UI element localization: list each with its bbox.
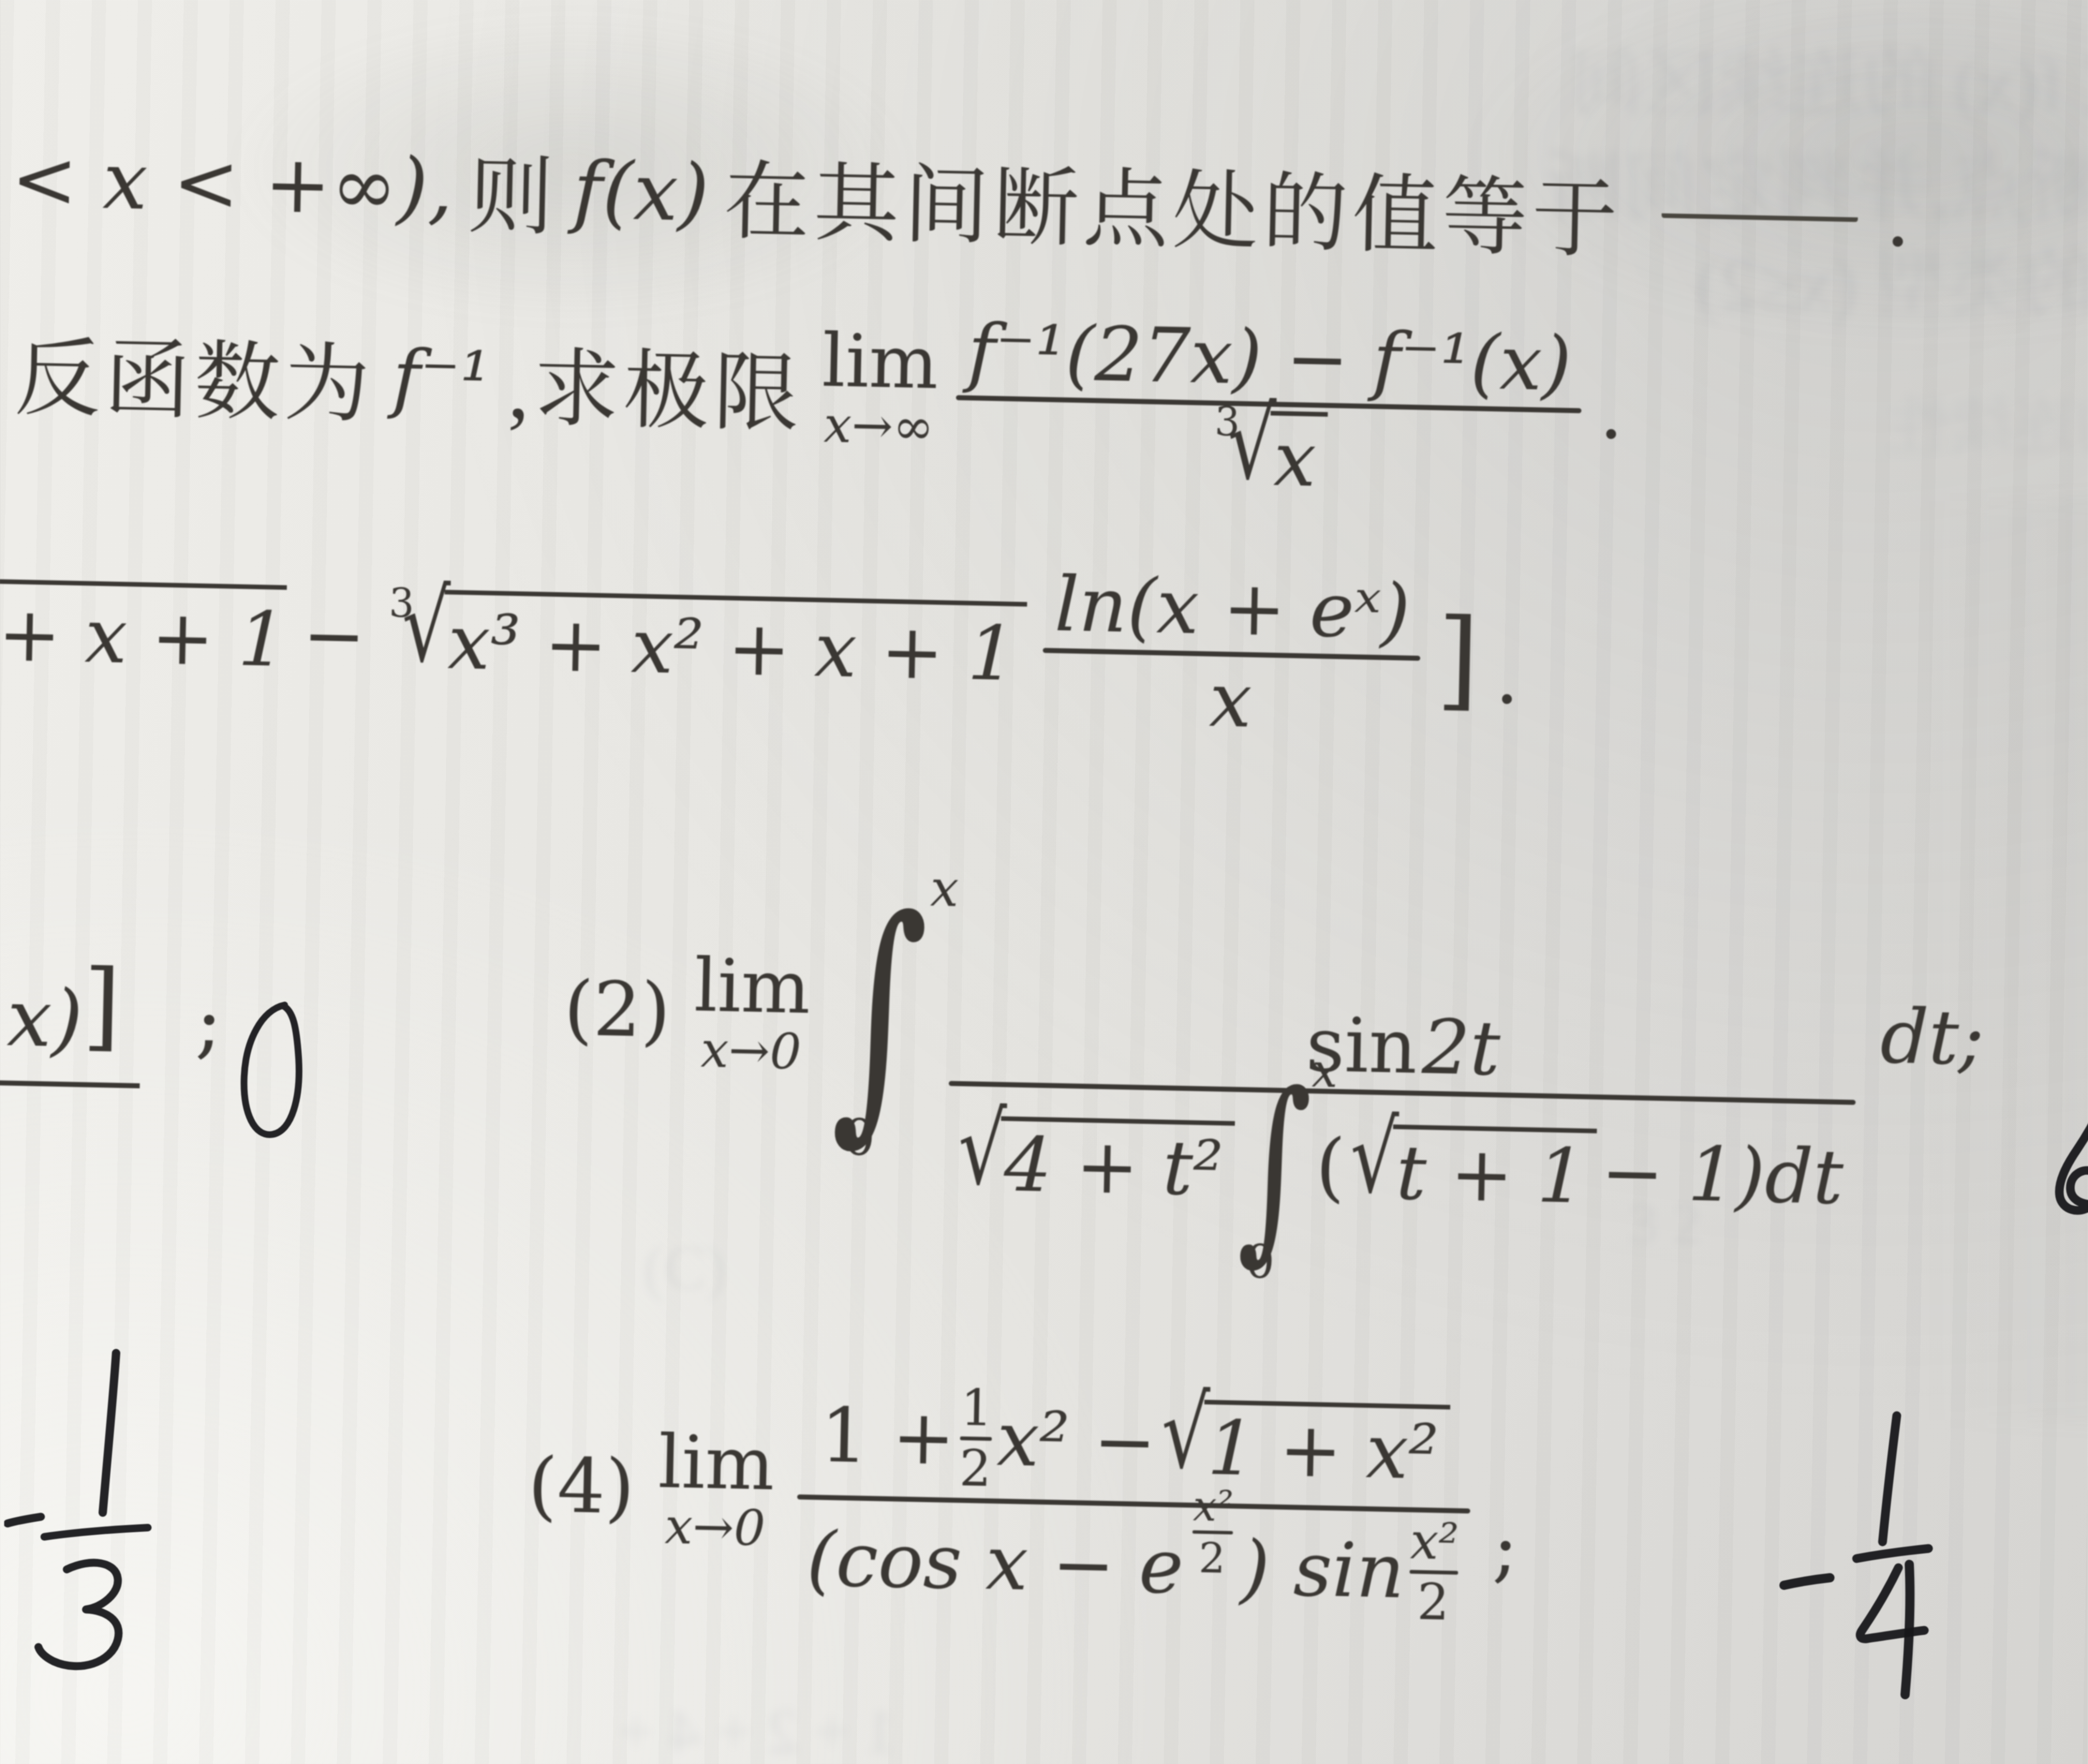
bleed-text: 函数 f(x) 的连续性 <box>1888 376 2088 466</box>
limit-operator: lim x→0 <box>656 1425 775 1553</box>
answer-blank <box>1662 208 1858 222</box>
problem-line-3: + x + 1 − 3 √ x³ + x² + x + 1 ln(x + eˣ)… <box>0 543 1521 746</box>
handwritten-answer-two <box>2025 977 2088 1253</box>
problem-2: (2) lim x→0 ∫ x 0 sin 2t √ 4 + t² ∫ <box>562 919 1986 1128</box>
small-fraction: 1 2 <box>959 1383 993 1495</box>
cube-root: 3 √ x <box>1207 410 1328 500</box>
period: . <box>1599 368 1624 456</box>
chinese-text: 在其间断点处的值等于 <box>723 132 1623 274</box>
chinese-text: 反函数为 <box>14 308 375 439</box>
semicolon: ; <box>1492 1504 1519 1592</box>
integral: ∫ x 0 <box>831 925 929 1106</box>
problem-number: (4) <box>527 1441 635 1531</box>
fraction: sin 2t √ 4 + t² ∫ x 0 ( √ t + 1 <box>946 998 1857 1247</box>
math-fragment: < x < +∞), <box>10 132 454 234</box>
cube-root: 3 √ x³ + x² + x + 1 <box>381 588 1027 698</box>
small-fraction: x² 2 <box>1409 1516 1459 1628</box>
handwritten-answer-neg-one-third <box>4 1341 155 1675</box>
period: . <box>1495 633 1520 721</box>
integral-icon: ∫ <box>831 884 930 1146</box>
limit-operator: lim x→∞ <box>821 324 939 451</box>
period: . <box>1885 172 1912 264</box>
minus-sign: − <box>302 591 367 680</box>
chinese-text: 则 <box>467 127 559 251</box>
fragment-line: x)] ; <box>0 956 223 1090</box>
closing-bracket: ] <box>1435 596 1480 722</box>
square-root: √ 1 + x² <box>1161 1399 1450 1492</box>
semicolon: ; <box>195 976 223 1068</box>
problem-4: (4) lim x→0 1 + 1 2 x² − √ 1 + x² <box>526 1374 1521 1617</box>
square-root: √ t + 1 <box>1349 1123 1597 1216</box>
square-root: √ 4 + t² <box>957 1115 1235 1209</box>
math-fx: f(x) <box>572 144 710 239</box>
bleed-text: 确定 f(x) 的连续区间 <box>1570 25 2088 130</box>
fraction: ln(x + eˣ) x <box>1041 565 1422 744</box>
textbook-photo: 确定 f(x) 的连续区间 和间断点,并判定间断 点的类型 (x≤2) 函数 f… <box>0 0 2088 1764</box>
integral: ∫ x 0 <box>1237 1096 1312 1235</box>
dt-term: dt; <box>1880 993 1985 1082</box>
bleed-text: (C) <box>643 1232 727 1304</box>
problem-number: (2) <box>563 965 671 1054</box>
closing-bracket: ] <box>82 950 122 1062</box>
radical-icon: √ <box>1349 1105 1399 1210</box>
radical-icon: √ <box>957 1097 1007 1202</box>
radical-icon: √ <box>1161 1381 1211 1486</box>
handwritten-answer-neg-one-quarter <box>1779 1399 1954 1716</box>
fraction: f⁻¹(27x) − f⁻¹(x) 3 √ x <box>954 312 1583 505</box>
radical-tail: + x + 1 <box>0 579 287 684</box>
math-finv: f⁻¹ <box>392 334 491 423</box>
fraction: 1 + 1 2 x² − √ 1 + x² (cos x − e x² <box>795 1380 1472 1629</box>
handwritten-answer-zero <box>234 994 313 1153</box>
exponent-fraction: x² 2 <box>1191 1485 1234 1579</box>
bleed-text: 1 + 2 + 4 + <box>618 1696 896 1764</box>
limit-operator: lim x→0 <box>692 949 811 1076</box>
chinese-text: ,求极限 <box>507 319 805 448</box>
fraction-fragment: x)] <box>0 956 142 1088</box>
